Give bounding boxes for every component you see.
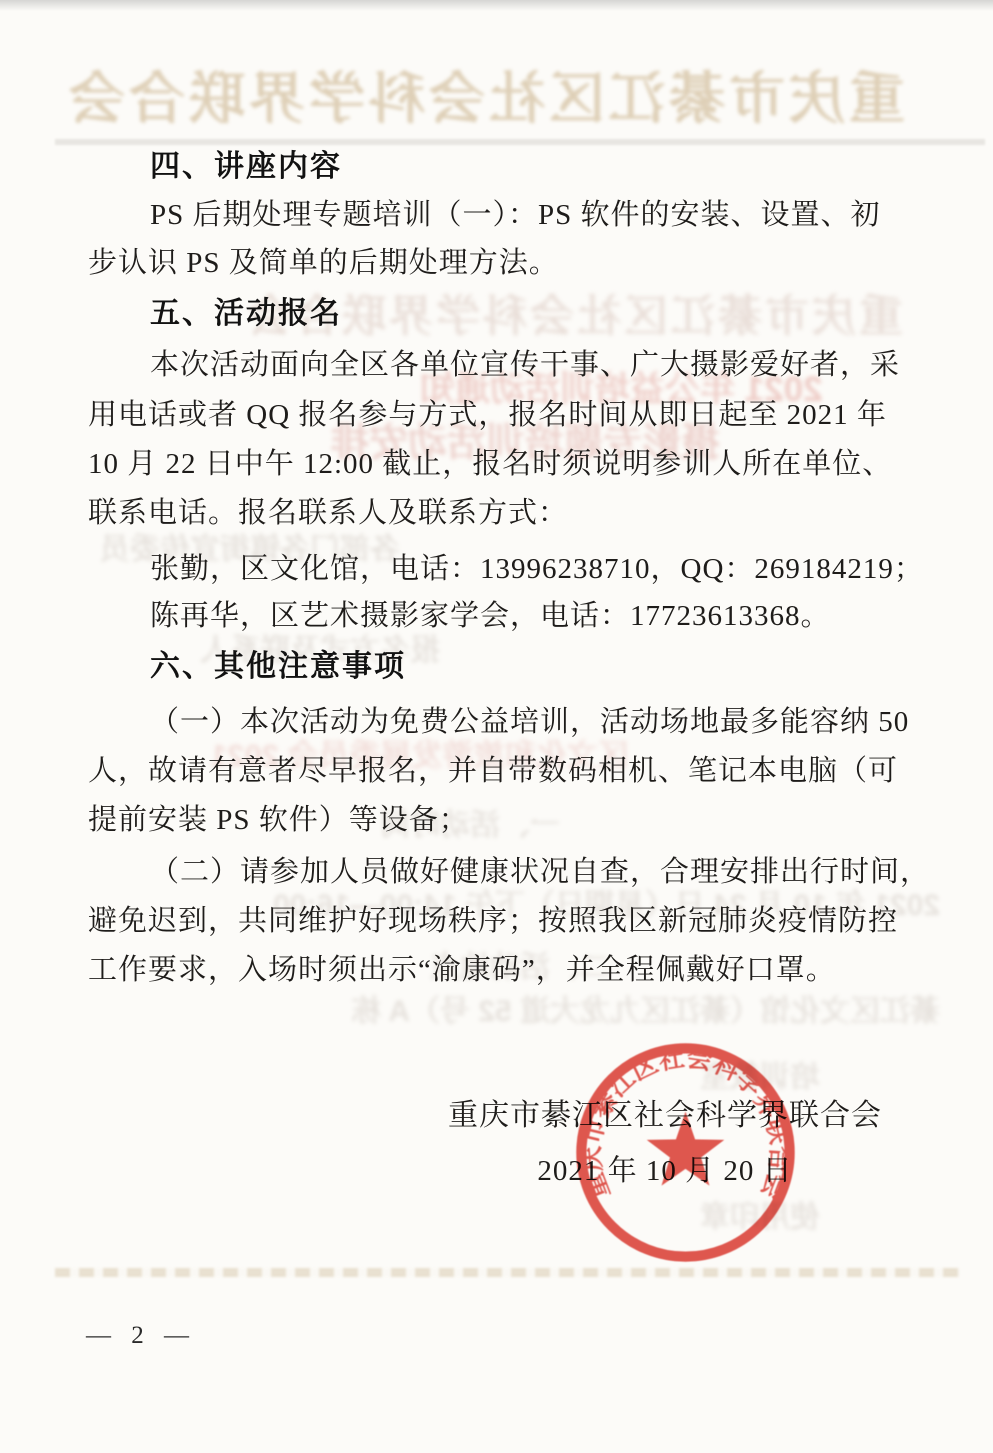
paragraph-line: （二）请参加人员做好健康状况自查，合理安排出行时间， xyxy=(88,849,972,890)
section-heading-registration: 五、活动报名 xyxy=(88,288,972,332)
paragraph-line: （一）本次活动为免费公益培训，活动场地最多能容纳 50 xyxy=(88,699,972,740)
scanned-document-page: 重庆市綦江区社会科学界联合会 重庆市綦江区社会科学界联合会 2021 年公益培训… xyxy=(0,0,993,1453)
section-heading-lecture-content: 四、讲座内容 xyxy=(88,141,972,185)
scan-streak-bottom xyxy=(55,1268,960,1277)
section-heading-other-notes: 六、其他注意事项 xyxy=(88,641,972,685)
paragraph-line: PS 后期处理专题培训（一）：PS 软件的安装、设置、初 xyxy=(88,192,972,233)
official-seal: 重庆市綦江区社会科学界联合会 xyxy=(563,1030,808,1275)
paragraph-line: 人，故请有意者尽早报名，并自带数码相机、笔记本电脑（可 xyxy=(88,748,910,789)
bleed-fragment: 綦江区文化馆（綦江区九龙大道 52 号）A 栋 xyxy=(90,986,940,1030)
paragraph-line: 联系电话。报名联系人及联系方式： xyxy=(88,490,910,531)
paragraph-line: 10 月 22 日中午 12:00 截止，报名时须说明参训人所在单位、 xyxy=(88,441,910,482)
page-number: — 2 — xyxy=(86,1322,196,1350)
seal-star-icon xyxy=(647,1112,725,1186)
paragraph-line: 本次活动面向全区各单位宣传干事、广大摄影爱好者，采 xyxy=(88,342,972,383)
paragraph-line: 步认识 PS 及简单的后期处理方法。 xyxy=(88,240,910,281)
paragraph-line: 避免迟到，共同维护好现场秩序；按照我区新冠肺炎疫情防控 xyxy=(88,898,910,939)
bleed-letterhead: 重庆市綦江区社会科学界联合会 xyxy=(80,55,905,135)
paragraph-line: 用电话或者 QQ 报名参与方式，报名时间从即日起至 2021 年 xyxy=(88,392,910,433)
scan-edge-band xyxy=(0,0,993,11)
contact-line-zhangqin: 张勤，区文化馆，电话：13996238710，QQ：269184219； xyxy=(88,546,972,587)
paragraph-line: 提前安装 PS 软件）等设备； xyxy=(88,797,910,838)
contact-line-chenzaihua: 陈再华，区艺术摄影家学会，电话：17723613368。 xyxy=(88,593,972,634)
paragraph-line: 工作要求，入场时须出示“渝康码”，并全程佩戴好口罩。 xyxy=(88,947,910,988)
